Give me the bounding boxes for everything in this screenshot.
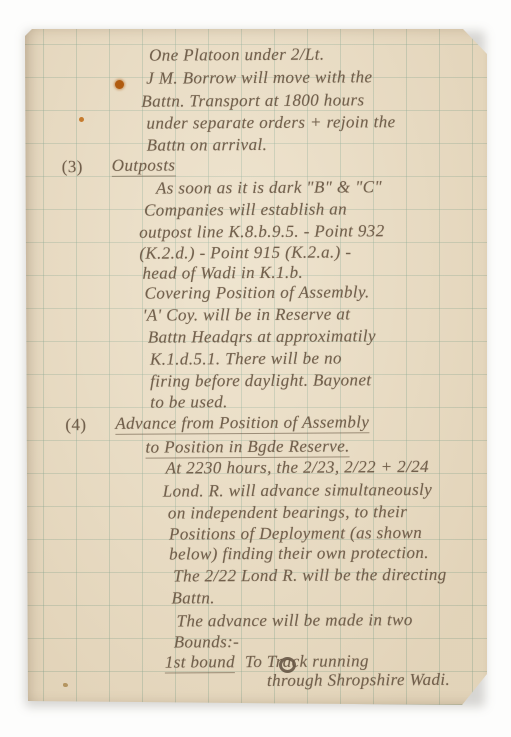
handwritten-line: Covering Position of Assembly. xyxy=(134,282,369,303)
notebook-page: One Platoon under 2/Lt. J M. Borrow will… xyxy=(25,29,487,705)
line-text: below) finding their own protection. xyxy=(169,543,429,564)
handwritten-line: Lond. R. will advance simultaneously xyxy=(153,480,432,502)
underlined-text: Outposts xyxy=(112,155,176,176)
handwritten-text-block: One Platoon under 2/Lt. J M. Borrow will… xyxy=(23,28,489,707)
line-text: firing before daylight. Bayonet xyxy=(150,370,372,390)
handwritten-line: below) finding their own protection. xyxy=(159,543,429,565)
handwritten-line: J M. Borrow will move with the xyxy=(136,67,372,88)
handwritten-line: Battn on arrival. xyxy=(137,135,268,156)
handwritten-line: The 2/22 Lond R. will be the directing xyxy=(163,565,446,587)
line-text: Covering Position of Assembly. xyxy=(144,282,369,302)
line-text: Battn. xyxy=(171,588,215,607)
line-text: Companies will establish an xyxy=(144,199,347,219)
handwritten-line: to be used. xyxy=(140,392,228,413)
underlined-text: 1st bound xyxy=(165,652,235,673)
line-text: Bounds:- xyxy=(174,632,240,651)
handwritten-line: on independent bearings, to their xyxy=(158,502,407,524)
photo-background: One Platoon under 2/Lt. J M. Borrow will… xyxy=(0,0,511,737)
underlined-text: Advance from Position of Assembly xyxy=(115,412,369,435)
section-number: (4) xyxy=(65,415,86,435)
handwritten-line: Battn Headqrs at approximatily xyxy=(138,326,376,347)
line-text: The advance will be made in two xyxy=(176,610,412,630)
line-text: outpost line K.8.b.9.5. - Point 932 xyxy=(139,221,385,241)
line-text: head of Wadi in K.1.b. xyxy=(142,263,303,283)
line-text: As soon as it is dark "B" & "C" xyxy=(156,177,382,197)
line-text: Positions of Deployment (as shown xyxy=(169,523,422,544)
handwritten-line: The advance will be made in two xyxy=(166,610,412,632)
handwritten-line: through Shropshire Wadi. xyxy=(257,670,450,691)
line-text: 'A' Coy. will be in Reserve at xyxy=(143,304,351,324)
handwritten-line: 'A' Coy. will be in Reserve at xyxy=(133,304,351,325)
handwritten-line: (K.2.d.) - Point 915 (K.2.a.) - xyxy=(129,242,351,263)
handwritten-line: K.1.d.5.1. There will be no xyxy=(140,348,342,369)
handwritten-line: One Platoon under 2/Lt. xyxy=(139,45,325,66)
line-text: K.1.d.5.1. There will be no xyxy=(150,348,342,368)
line-text: (K.2.d.) - Point 915 (K.2.a.) - xyxy=(139,242,351,262)
handwritten-line: under separate orders + rejoin the xyxy=(136,112,395,134)
line-text: Battn on arrival. xyxy=(147,135,268,155)
handwritten-line: 1st boundTo Track running xyxy=(165,651,369,672)
handwritten-line: Bounds:- xyxy=(164,632,240,652)
handwritten-line: As soon as it is dark "B" & "C" xyxy=(146,177,382,198)
section-number: (3) xyxy=(62,157,83,177)
line-text: J M. Borrow will move with the xyxy=(146,67,372,87)
line-text: At 2230 hours, the 2/23, 2/22 + 2/24 xyxy=(166,457,430,478)
line-text: to be used. xyxy=(150,392,228,411)
handwritten-line: Companies will establish an xyxy=(134,199,347,220)
handwritten-line: outpost line K.8.b.9.5. - Point 932 xyxy=(129,221,385,243)
handwritten-line: Battn. Transport at 1800 hours xyxy=(131,90,364,111)
handwritten-line: head of Wadi in K.1.b. xyxy=(132,263,303,284)
section-heading: (3)Outposts xyxy=(112,155,186,175)
handwritten-line: At 2230 hours, the 2/23, 2/22 + 2/24 xyxy=(156,457,430,479)
section-heading: to Position in Bgde Reserve. xyxy=(145,436,359,457)
line-text: The 2/22 Lond R. will be the directing xyxy=(173,565,446,586)
line-text: under separate orders + rejoin the xyxy=(146,112,395,133)
line-text: on independent bearings, to their xyxy=(168,502,407,522)
handwritten-line: Positions of Deployment (as shown xyxy=(159,523,422,545)
line-text: Battn. Transport at 1800 hours xyxy=(141,90,364,110)
handwritten-line: firing before daylight. Bayonet xyxy=(140,370,372,391)
line-text: Lond. R. will advance simultaneously xyxy=(163,480,432,501)
line-text: Battn Headqrs at approximatily xyxy=(148,326,376,346)
line-text: One Platoon under 2/Lt. xyxy=(149,45,325,65)
line-text: through Shropshire Wadi. xyxy=(267,670,450,690)
section-heading: (4)Advance from Position of Assembly xyxy=(115,412,379,434)
handwritten-line: Battn. xyxy=(161,588,215,608)
underlined-text: to Position in Bgde Reserve. xyxy=(145,436,349,458)
line-text: To Track running xyxy=(245,651,369,671)
